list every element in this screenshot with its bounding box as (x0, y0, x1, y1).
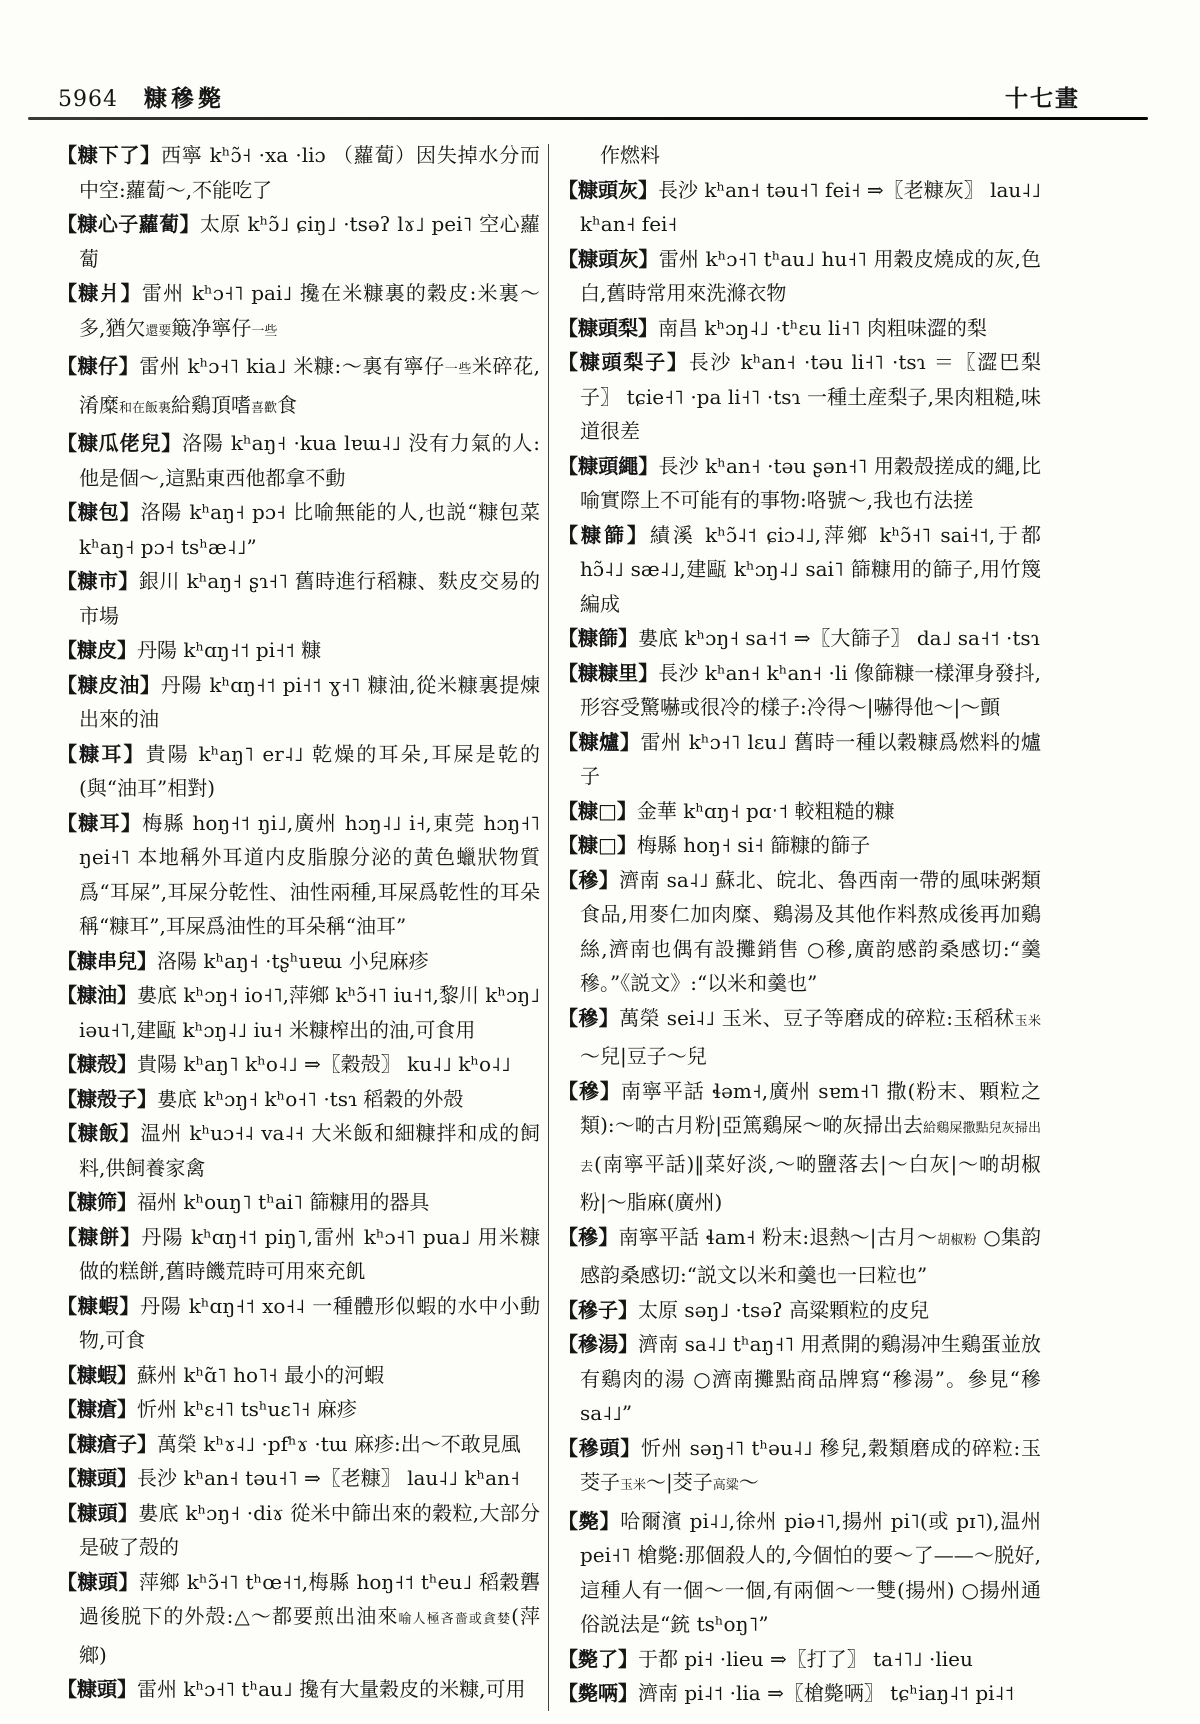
right-column: 作燃料【糠頭灰】長沙 kʰan˧ təu˧˥ fei˧ ⇒〖老糠灰〗 lau˨˩… (558, 138, 1041, 1711)
entry-headword: 【糠心子蘿蔔】 (57, 212, 200, 236)
header-rule (28, 117, 1148, 120)
dictionary-entry: 【糠飯】温州 kʰuɔ˧˨ va˨˧ 大米飯和細糠拌和成的飼料,供飼養家禽 (57, 1116, 540, 1185)
dictionary-entry: 【糠筛】福州 kʰouŋ˥ tʰai˥ 篩糠用的器具 (57, 1185, 540, 1220)
dictionary-entry: 【糠頭梨子】長沙 kʰan˧ ·təu li˧˥ ·tsɿ ＝〖澀巴梨子〗 tɕ… (558, 345, 1041, 449)
entry-headword: 【糠下了】 (57, 143, 161, 167)
page-header: 5964 糠穇斃 十七畫 (58, 80, 1080, 113)
entry-headword: 【糠頭】 (57, 1677, 137, 1701)
dictionary-entry: 【糠耳】梅縣 hoŋ˧˦ ŋi˩,廣州 hɔŋ˨˩ i˧,東莞 hɔŋ˧˥ ŋe… (57, 806, 540, 944)
entry-headword: 【斃了】 (558, 1647, 638, 1671)
entry-headword: 【糠□】 (558, 833, 637, 857)
dictionary-entry: 【糠爐】雷州 kʰɔ˧˥ lɛu˩ 舊時一種以穀糠爲燃料的爐子 (558, 725, 1041, 794)
column-divider (548, 144, 549, 1711)
entry-headword: 【糠筛】 (57, 1190, 137, 1214)
dictionary-entry: 【穇】萬榮 sei˨˩ 玉米、豆子等磨成的碎粒:玉稻秫玉米～兒|豆子～兒 (558, 1001, 1041, 1074)
entry-headword: 【糠皮油】 (57, 673, 161, 697)
interlinear-annotation: 一些 (445, 362, 472, 377)
entry-headword: 【糠篩】 (558, 626, 638, 650)
entry-headword: 【糠皮】 (57, 638, 137, 662)
entry-headword: 【糠耳】 (57, 811, 142, 835)
entry-headword: 【糠瘡子】 (57, 1432, 157, 1456)
interlinear-annotation: 還要 (145, 324, 171, 339)
entry-headword: 【糠頭梨】 (558, 316, 658, 340)
dictionary-entry: 【糠皮油】丹陽 kʰɑŋ˧˦ pi˧˦ ɣ˧˥ 糠油,從米糠裏提煉出來的油 (57, 668, 540, 737)
entry-headword: 【穇】 (558, 868, 619, 892)
interlinear-annotation: 玉米 (1015, 1014, 1041, 1029)
dictionary-entry: 【糠瓜佬兒】洛陽 kʰaŋ˧ ·kua lɐɯ˨˩ 没有力氣的人:他是個～,這點… (57, 426, 540, 495)
entry-headword: 【糠市】 (57, 569, 139, 593)
interlinear-annotation: 喜歡 (251, 401, 277, 416)
dictionary-entry: 【斃了】于都 pi˧ ·lieu ⇒〖打了〗 ta˧˥˩ ·lieu (558, 1642, 1041, 1677)
dictionary-entry: 【糠殻】貴陽 kʰaŋ˥ kʰo˨˩ ⇒〖穀殻〗 ku˨˩ kʰo˨˩ (57, 1047, 540, 1082)
entry-headword: 【糠耳】 (57, 742, 146, 766)
dictionary-entry: 【糠皮】丹陽 kʰɑŋ˧˦ pi˧˦ 糠 (57, 633, 540, 668)
dictionary-entry: 【糠頭】婁底 kʰɔŋ˧ ·diɤ 從米中篩出來的穀粒,大部分是破了殻的 (57, 1496, 540, 1565)
interlinear-annotation: 一些 (251, 324, 277, 339)
dictionary-entry: 【糠瘡子】萬榮 kʰɤ˨˩ ·pfʰɤ ·tɯ 麻疹:出～不敢見風 (57, 1427, 540, 1462)
dictionary-entry: 【糠爿】雷州 kʰɔ˧˥ pai˩ 攙在米糠裏的穀皮:米裏～多,猶欠還要簸净寧仔… (57, 276, 540, 349)
dictionary-entry: 【糠頭】長沙 kʰan˧ təu˧˥ ⇒〖老糠〗 lau˨˩ kʰan˧ (57, 1461, 540, 1496)
dictionary-entry: 【穇】南寧平話 ɬəm˧,廣州 sɐm˧˥ 撒(粉末、顆粒之類):～啲古月粉|亞… (558, 1074, 1041, 1220)
entry-headword: 【糠殻】 (57, 1052, 137, 1076)
dictionary-entry: 【糠市】銀川 kʰaŋ˧ ʂɿ˧˥ 舊時進行稻糠、麩皮交易的市場 (57, 564, 540, 633)
entry-headword: 【斃唡】 (558, 1681, 638, 1705)
dictionary-entry: 【糠頭】雷州 kʰɔ˧˥ tʰau˩ 攙有大量穀皮的米糠,可用 (57, 1672, 540, 1707)
entry-headword: 【糠□】 (558, 799, 637, 823)
interlinear-annotation: 玉米 (620, 1478, 646, 1493)
interlinear-annotation: 和在飯裏 (119, 401, 171, 416)
entry-headword: 【糠仔】 (57, 354, 139, 378)
dictionary-entry: 【糠餅】丹陽 kʰɑŋ˧˦ piŋ˥,雷州 kʰɔ˧˥ pua˩ 用米糠做的糕餅… (57, 1220, 540, 1289)
dictionary-entry: 【糠頭灰】長沙 kʰan˧ təu˧˥ fei˧ ⇒〖老糠灰〗 lau˨˩ kʰ… (558, 173, 1041, 242)
text-columns: 【糠下了】西寧 kʰɔ̃˧ ·xa ·liɔ （蘿蔔）因失掉水分而中空:蘿蔔～,… (57, 138, 1041, 1711)
entry-headword: 【糠頭】 (57, 1501, 138, 1525)
dictionary-entry: 【糠頭梨】南昌 kʰɔŋ˨˩ ·tʰɛu li˧˥ 肉粗味澀的梨 (558, 311, 1041, 346)
dictionary-entry: 【糠頭】萍鄉 kʰɔ̃˧˥ tʰœ˧˦,梅縣 hoŋ˧˦ tʰeu˩ 稻穀礱過後… (57, 1565, 540, 1673)
header-entry-characters: 糠穇斃 (144, 80, 225, 113)
dictionary-entry: 【糠油】婁底 kʰɔŋ˧ io˧˥,萍鄉 kʰɔ̃˧˥ iu˧˦,黎川 kʰɔŋ… (57, 978, 540, 1047)
entry-headword: 【糠頭】 (57, 1570, 139, 1594)
dictionary-entry: 【糠心子蘿蔔】太原 kʰɔ̃˩ ɕiŋ˩ ·tsəʔ lɤ˩ pei˥ 空心蘿蔔 (57, 207, 540, 276)
entry-headword: 【糠蝦】 (57, 1294, 140, 1318)
entry-headword: 【穇頭】 (558, 1436, 641, 1460)
entry-headword: 【糠頭繩】 (558, 454, 659, 478)
entry-headword: 【糠頭】 (57, 1466, 137, 1490)
entry-headword: 【糠頭灰】 (558, 247, 659, 271)
entry-headword: 【糠瓜佬兒】 (57, 431, 182, 455)
header-stroke-section: 十七畫 (1005, 80, 1080, 113)
dictionary-entry: 【糠頭繩】長沙 kʰan˧ ·təu ʂən˧˥ 用穀殻搓成的繩,比喻實際上不可… (558, 449, 1041, 518)
entry-headword: 【糠瘡】 (57, 1397, 137, 1421)
entry-headword: 【糠爿】 (57, 281, 142, 305)
entry-headword: 【糠飯】 (57, 1121, 140, 1145)
interlinear-annotation: 給鷄屎撒點兒灰掃出去 (580, 1121, 1041, 1175)
dictionary-entry: 【糠糠里】長沙 kʰan˧ kʰan˧ ·li 像篩糠一樣渾身發抖,形容受驚嚇或… (558, 656, 1041, 725)
dictionary-entry: 【糠頭灰】雷州 kʰɔ˧˥ tʰau˩ hu˧˥ 用穀皮燒成的灰,色白,舊時常用… (558, 242, 1041, 311)
entry-headword: 【糠串兒】 (57, 949, 157, 973)
entry-headword: 【糠頭灰】 (558, 178, 658, 202)
dictionary-entry: 【穇】濟南 sa˨˩ 蘇北、皖北、魯西南一帶的風味粥類食品,用麥仁加肉糜、鷄湯及… (558, 863, 1041, 1001)
dictionary-entry: 【斃唡】濟南 pi˨˦ ·lia ⇒〖槍斃唡〗 tɕʰiaŋ˨˦ pi˨˦ (558, 1676, 1041, 1711)
dictionary-entry: 【穇頭】忻州 səŋ˧˥ tʰəu˨˩ 穇兒,穀類磨成的碎粒:玉茭子玉米～|茭子… (558, 1431, 1041, 1504)
dictionary-entry: 【糠篩】績溪 kʰɔ̃˨˦ ɕiɔ˨˩,萍鄉 kʰɔ̃˧˥ sai˧˦,于都 h… (558, 518, 1041, 622)
entry-headword: 【糠油】 (57, 983, 137, 1007)
dictionary-entry: 【糠仔】雷州 kʰɔ˧˥ kia˩ 米糠:～裏有寧仔一些米碎花,淆糜和在飯裏給鷄… (57, 349, 540, 426)
dictionary-entry: 【糠殻子】婁底 kʰɔŋ˧ kʰo˧˥ ·tsɿ 稻穀的外殻 (57, 1082, 540, 1117)
dictionary-entry: 【糠串兒】洛陽 kʰaŋ˧ ·tʂʰuɐɯ 小兒麻疹 (57, 944, 540, 979)
entry-headword: 【穇】 (558, 1006, 619, 1030)
interlinear-annotation: 喻人極吝嗇或貪婪 (398, 1612, 511, 1627)
interlinear-annotation: 胡椒粉 (937, 1233, 977, 1248)
entry-headword: 【糠蝦】 (57, 1363, 137, 1387)
dictionary-entry: 【糠耳】貴陽 kʰaŋ˥ er˨˩ 乾燥的耳朵,耳屎是乾的(與“油耳”相對) (57, 737, 540, 806)
dictionary-page: 5964 糠穇斃 十七畫 【糠下了】西寧 kʰɔ̃˧ ·xa ·liɔ （蘿蔔）… (0, 0, 1200, 1724)
dictionary-entry: 【糠包】洛陽 kʰaŋ˧ pɔ˧ 比喻無能的人,也説“糠包菜 kʰaŋ˧ pɔ˧… (57, 495, 540, 564)
dictionary-entry: 【糠蝦】丹陽 kʰɑŋ˧˦ xo˧˨ 一種體形似蝦的水中小動物,可食 (57, 1289, 540, 1358)
dictionary-entry: 【糠□】金華 kʰɑŋ˧ pɑˑ˦ 較粗糙的糠 (558, 794, 1041, 829)
entry-headword: 【穇】 (558, 1079, 621, 1103)
dictionary-entry: 【糠瘡】忻州 kʰɛ˧˥ tsʰuɛ˥˧ 麻疹 (57, 1392, 540, 1427)
dictionary-entry: 【穇子】太原 səŋ˩ ·tsəʔ 高粱顆粒的皮兒 (558, 1293, 1041, 1328)
interlinear-annotation: 高粱 (713, 1478, 739, 1493)
left-column: 【糠下了】西寧 kʰɔ̃˧ ·xa ·liɔ （蘿蔔）因失掉水分而中空:蘿蔔～,… (57, 138, 540, 1707)
dictionary-entry: 【穇湯】濟南 sa˨˩ tʰaŋ˧˥ 用煮開的鷄湯冲生鷄蛋並放有鷄肉的湯 ○濟南… (558, 1327, 1041, 1431)
dictionary-entry: 【糠蝦】蘇州 kʰɑ̃˥ ho˥˧ 最小的河蝦 (57, 1358, 540, 1393)
entry-headword: 【糠爐】 (558, 730, 641, 754)
entry-headword: 【糠殻子】 (57, 1087, 157, 1111)
entry-headword: 【糠糠里】 (558, 661, 658, 685)
entry-headword: 【糠包】 (57, 500, 140, 524)
entry-headword: 【穇】 (558, 1225, 619, 1249)
dictionary-entry: 【糠篩】婁底 kʰɔŋ˧ sa˧˦ ⇒〖大篩子〗 da˩ sa˧˦ ·tsɿ (558, 621, 1041, 656)
entry-headword: 【糠篩】 (558, 523, 650, 547)
entry-headword: 【穇子】 (558, 1298, 638, 1322)
dictionary-entry: 【斃】哈爾濱 pi˨˩,徐州 piə˧˥,揚州 pi˥(或 pɪ˥),温州 pe… (558, 1504, 1041, 1642)
entry-headword: 【斃】 (558, 1509, 620, 1533)
entry-continuation: 作燃料 (558, 138, 1041, 173)
dictionary-entry: 【糠□】梅縣 hoŋ˧ si˧ 篩糠的篩子 (558, 828, 1041, 863)
entry-headword: 【糠餅】 (57, 1225, 141, 1249)
entry-headword: 【穇湯】 (558, 1332, 638, 1356)
entry-headword: 【糠頭梨子】 (558, 350, 689, 374)
dictionary-entry: 【穇】南寧平話 ɬam˧ 粉末:退熱～|古月～胡椒粉 ○集韵感韵桑感切:“説文以… (558, 1220, 1041, 1293)
dictionary-entry: 【糠下了】西寧 kʰɔ̃˧ ·xa ·liɔ （蘿蔔）因失掉水分而中空:蘿蔔～,… (57, 138, 540, 207)
header-left: 5964 糠穇斃 (58, 80, 225, 113)
page-number: 5964 (58, 87, 118, 112)
